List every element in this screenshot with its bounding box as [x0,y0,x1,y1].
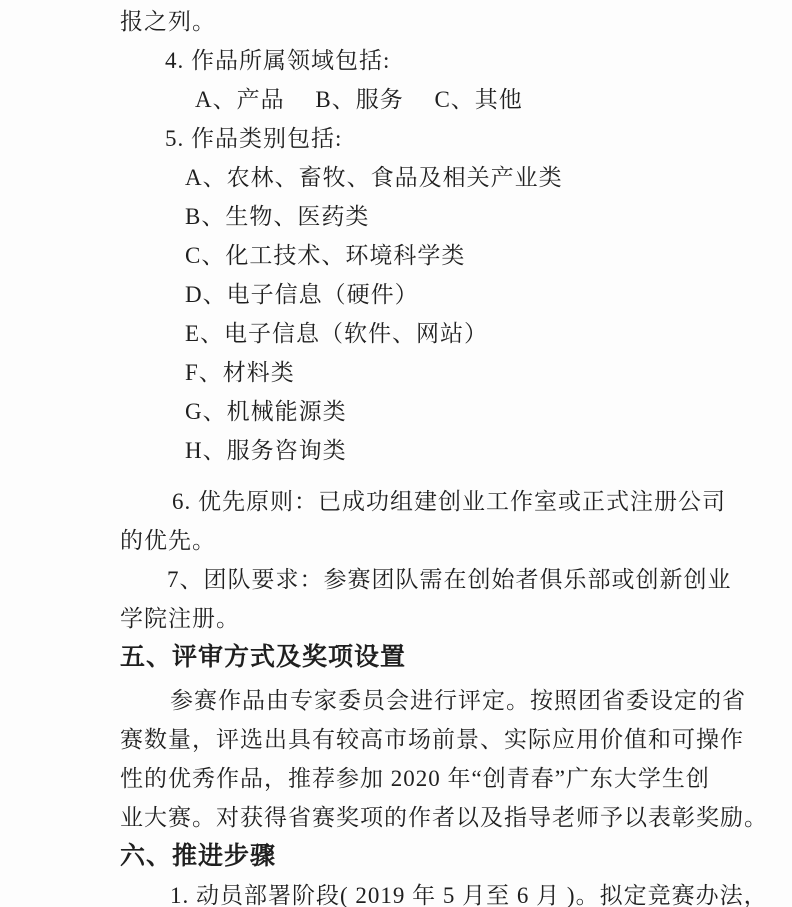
item-4-options: A、产品 B、服务 C、其他 [120,80,702,119]
category-item-f: F、材料类 [120,353,702,392]
category-item-a: A、农林、畜牧、食品及相关产业类 [120,158,702,197]
item-7-line-2: 学院注册。 [120,599,702,638]
category-item-d: D、电子信息（硬件） [120,275,702,314]
category-item-c: C、化工技术、环境科学类 [120,236,702,275]
section-5-paragraph-line-2: 赛数量，评选出具有较高市场前景、实际应用价值和可操作 [120,720,702,759]
section-5-heading: 五、评审方式及奖项设置 [120,638,702,677]
section-5-paragraph-line-3: 性的优秀作品，推荐参加 2020 年“创青春”广东大学生创 [120,759,702,798]
section-5-paragraph-line-4: 业大赛。对获得省赛奖项的作者以及指导老师予以表彰奖励。 [120,798,702,837]
step-1-line: 1. 动员部署阶段( 2019 年 5 月至 6 月 )。拟定竞赛办法， [120,876,702,907]
category-item-g: G、机械能源类 [120,392,702,431]
category-item-h: H、服务咨询类 [120,431,702,470]
item-7-line-1: 7、团队要求：参赛团队需在创始者俱乐部或创新创业 [120,560,702,599]
category-item-e: E、电子信息（软件、网站） [120,314,702,353]
item-4-label: 4. 作品所属领域包括: [120,41,702,80]
document-body: 报之列。 4. 作品所属领域包括: A、产品 B、服务 C、其他 5. 作品类别… [0,0,792,907]
item-6-line-1: 6. 优先原则：已成功组建创业工作室或正式注册公司 [120,482,702,521]
section-5-paragraph-line-1: 参赛作品由专家委员会进行评定。按照团省委设定的省 [120,681,702,720]
section-6-heading: 六、推进步骤 [120,837,702,876]
item-5-label: 5. 作品类别包括: [120,119,702,158]
category-item-b: B、生物、医药类 [120,197,702,236]
line-report-tail: 报之列。 [120,2,702,41]
item-6-line-2: 的优先。 [120,521,702,560]
document-page: 报之列。 4. 作品所属领域包括: A、产品 B、服务 C、其他 5. 作品类别… [0,0,792,907]
